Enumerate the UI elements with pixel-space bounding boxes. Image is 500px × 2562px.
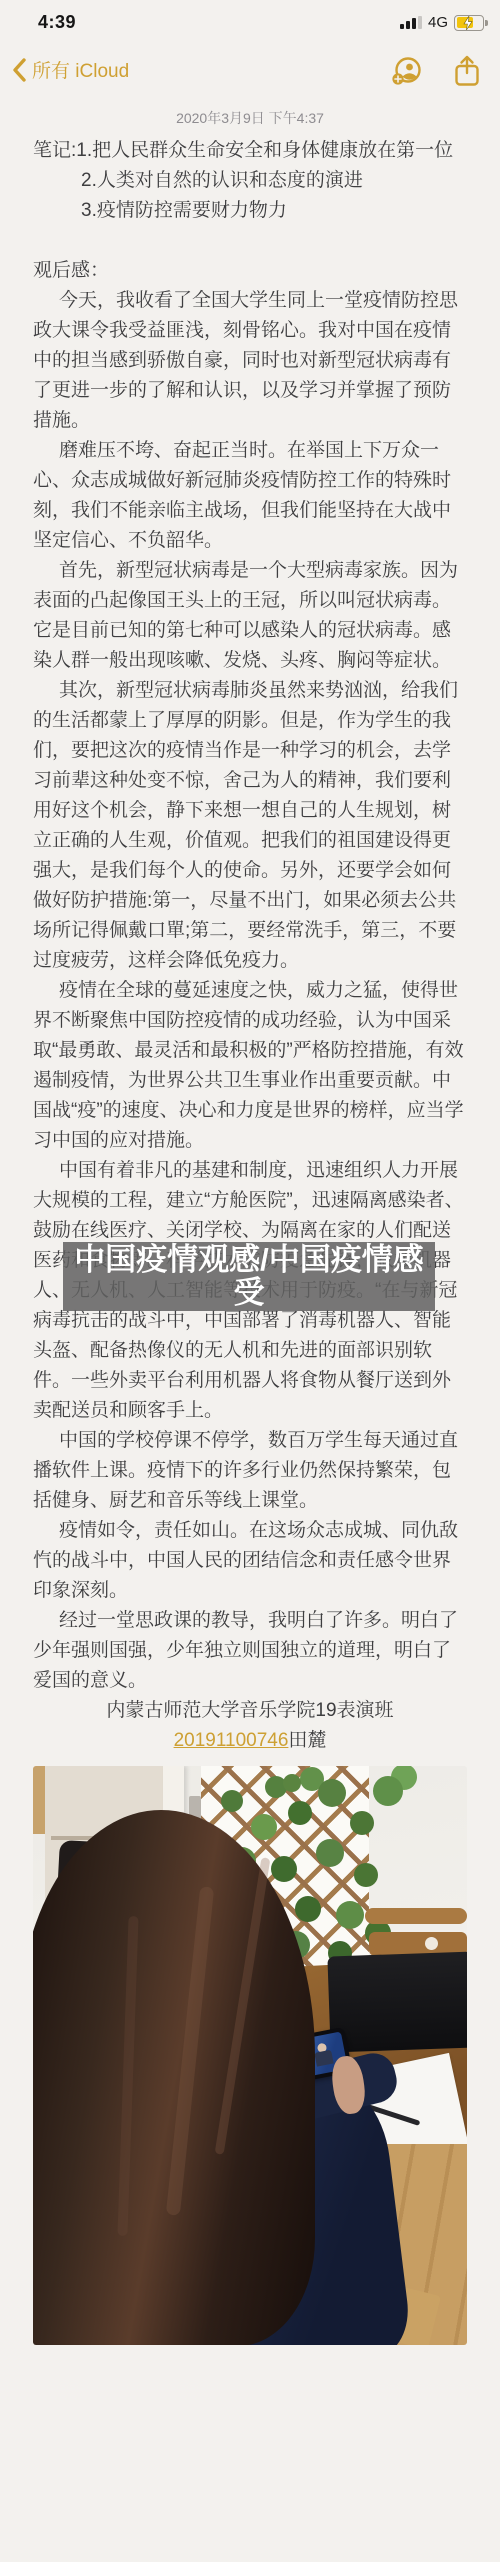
section-heading: 观后感： (33, 256, 467, 286)
battery-charging-icon (454, 15, 484, 31)
note-paragraph: 疫情如令，责任如山。在这场众志成城、同仇敌忾的战斗中，中国人民的团结信念和责任感… (33, 1516, 467, 1606)
signature-school: 内蒙古师范大学音乐学院19表演班 (33, 1696, 467, 1726)
clock-time: 4:39 (38, 12, 76, 33)
note-paragraph: 疫情在全球的蔓延速度之快，威力之猛，使得世界不断聚焦中国防控疫情的成功经验，认为… (33, 976, 467, 1156)
photo-person-hair (33, 1810, 315, 2345)
signature-line: 20191100746田麓 (33, 1726, 467, 1756)
note-paragraph: 首先，新型冠状病毒是一个大型病毒家族。因为表面的凸起像国王头上的王冠，所以叫冠状… (33, 556, 467, 676)
note-line: 2.人类对自然的认识和态度的演进 (33, 166, 467, 196)
note-paragraph: 中国的学校停课不停学，数百万学生每天通过直播软件上课。疫情下的许多行业仍然保持繁… (33, 1426, 467, 1516)
photo-video-presenter (314, 2050, 333, 2067)
photo-green-leaves (283, 1774, 301, 1792)
signal-strength-icon (400, 16, 422, 29)
add-person-icon (391, 56, 423, 86)
network-type-label: 4G (428, 14, 448, 31)
note-line: 笔记:1.把人民群众生命安全和身体健康放在第一位 (33, 136, 467, 166)
chevron-left-icon (12, 58, 26, 82)
note-timestamp: 2020年3月9日 下午4:37 (0, 108, 500, 128)
photo-laptop (327, 1951, 467, 2052)
student-id-link[interactable]: 20191100746 (174, 1730, 289, 1751)
share-button[interactable] (450, 54, 484, 88)
back-button-label: 所有 iCloud (32, 56, 129, 83)
note-paragraph: 磨难压不垮、奋起正当时。在举国上下万众一心、众志成城做好新冠肺炎疫情防控工作的特… (33, 436, 467, 556)
note-paragraph: 其次，新型冠状病毒肺炎虽然来势汹汹，给我们的生活都蒙上了厚厚的阴影。但是，作为学… (33, 676, 467, 976)
photo-attachment[interactable]: na (33, 1766, 467, 2345)
collaborate-button[interactable] (390, 54, 424, 88)
notes-app-screen: 4:39 4G 所有 iCloud (0, 0, 500, 2562)
note-paragraph: 经过一堂思政课的教导，我明白了许多。明白了少年强则国强，少年独立则国独立的道理，… (33, 1606, 467, 1696)
back-button[interactable]: 所有 iCloud (12, 56, 129, 83)
note-paragraph: 今天，我收看了全国大学生同上一堂疫情防控思政大课令我受益匪浅，刻骨铭心。我对中国… (33, 286, 467, 436)
signature-name: 田麓 (288, 1730, 326, 1751)
status-bar: 4:39 4G (0, 0, 500, 44)
photo-chair-hole (425, 1937, 438, 1950)
note-editor[interactable]: 笔记:1.把人民群众生命安全和身体健康放在第一位 2.人类对自然的认识和态度的演… (0, 128, 500, 2345)
photo-chair-back (365, 1908, 467, 1924)
nav-bar: 所有 iCloud (0, 44, 500, 104)
watermark-overlay: 中国疫情观感/中国疫情感受 (63, 1242, 435, 1311)
share-icon (454, 55, 480, 87)
note-line: 3.疫情防控需要财力物力 (33, 196, 467, 226)
